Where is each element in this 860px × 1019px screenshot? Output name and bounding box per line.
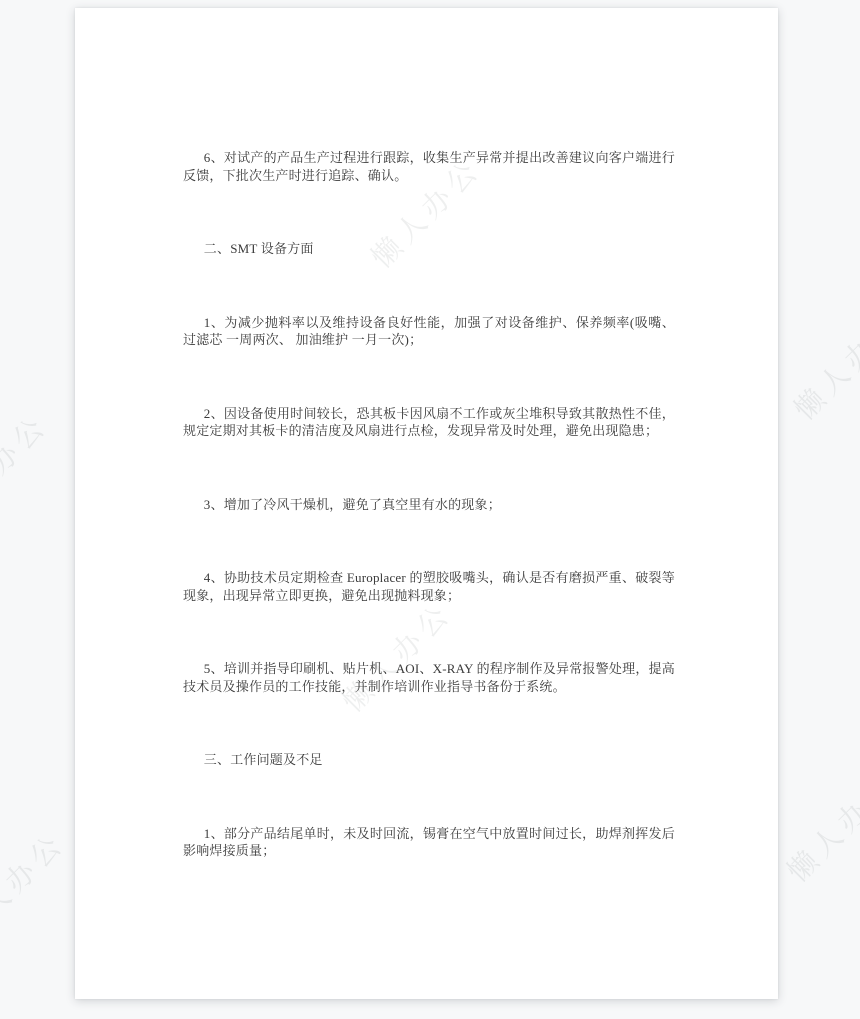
paragraph: 1、部分产品结尾单时，未及时回流，锡膏在空气中放置时间过长，助焊剂挥发后影响焊接…: [183, 825, 675, 860]
paragraph: 1、为减少抛料率以及维持设备良好性能，加强了对设备维护、保养频率(吸嘴、过滤芯 …: [183, 314, 675, 349]
paragraph: 2、因设备使用时间较长，恐其板卡因风扇不工作或灰尘堆积导致其散热性不佳，规定定期…: [183, 405, 675, 440]
document-viewer-background: 6、对试产的产品生产过程进行跟踪，收集生产异常并提出改善建议向客户端进行反馈，下…: [0, 0, 860, 1019]
watermark-text: 懒人办公: [777, 762, 860, 890]
watermark-text: 懒人办公: [784, 300, 860, 428]
paragraph: 6、对试产的产品生产过程进行跟踪，收集生产异常并提出改善建议向客户端进行反馈，下…: [183, 149, 675, 184]
paragraph: 5、培训并指导印刷机、贴片机、AOI、X-RAY 的程序制作及异常报警处理，提高…: [183, 660, 675, 695]
paragraph: 3、增加了冷风干燥机，避免了真空里有水的现象；: [183, 496, 675, 514]
section-heading: 二、SMT 设备方面: [183, 240, 675, 258]
paragraph: 4、协助技术员定期检查 Europlacer 的塑胶吸嘴头，确认是否有磨损严重、…: [183, 569, 675, 604]
section-heading: 三、工作问题及不足: [183, 751, 675, 769]
watermark-text: 懒人办公: [0, 822, 73, 950]
document-content: 6、对试产的产品生产过程进行跟踪，收集生产异常并提出改善建议向客户端进行反馈，下…: [183, 149, 675, 916]
watermark-text: 懒人办公: [0, 404, 56, 532]
document-page: 6、对试产的产品生产过程进行跟踪，收集生产异常并提出改善建议向客户端进行反馈，下…: [75, 8, 778, 999]
